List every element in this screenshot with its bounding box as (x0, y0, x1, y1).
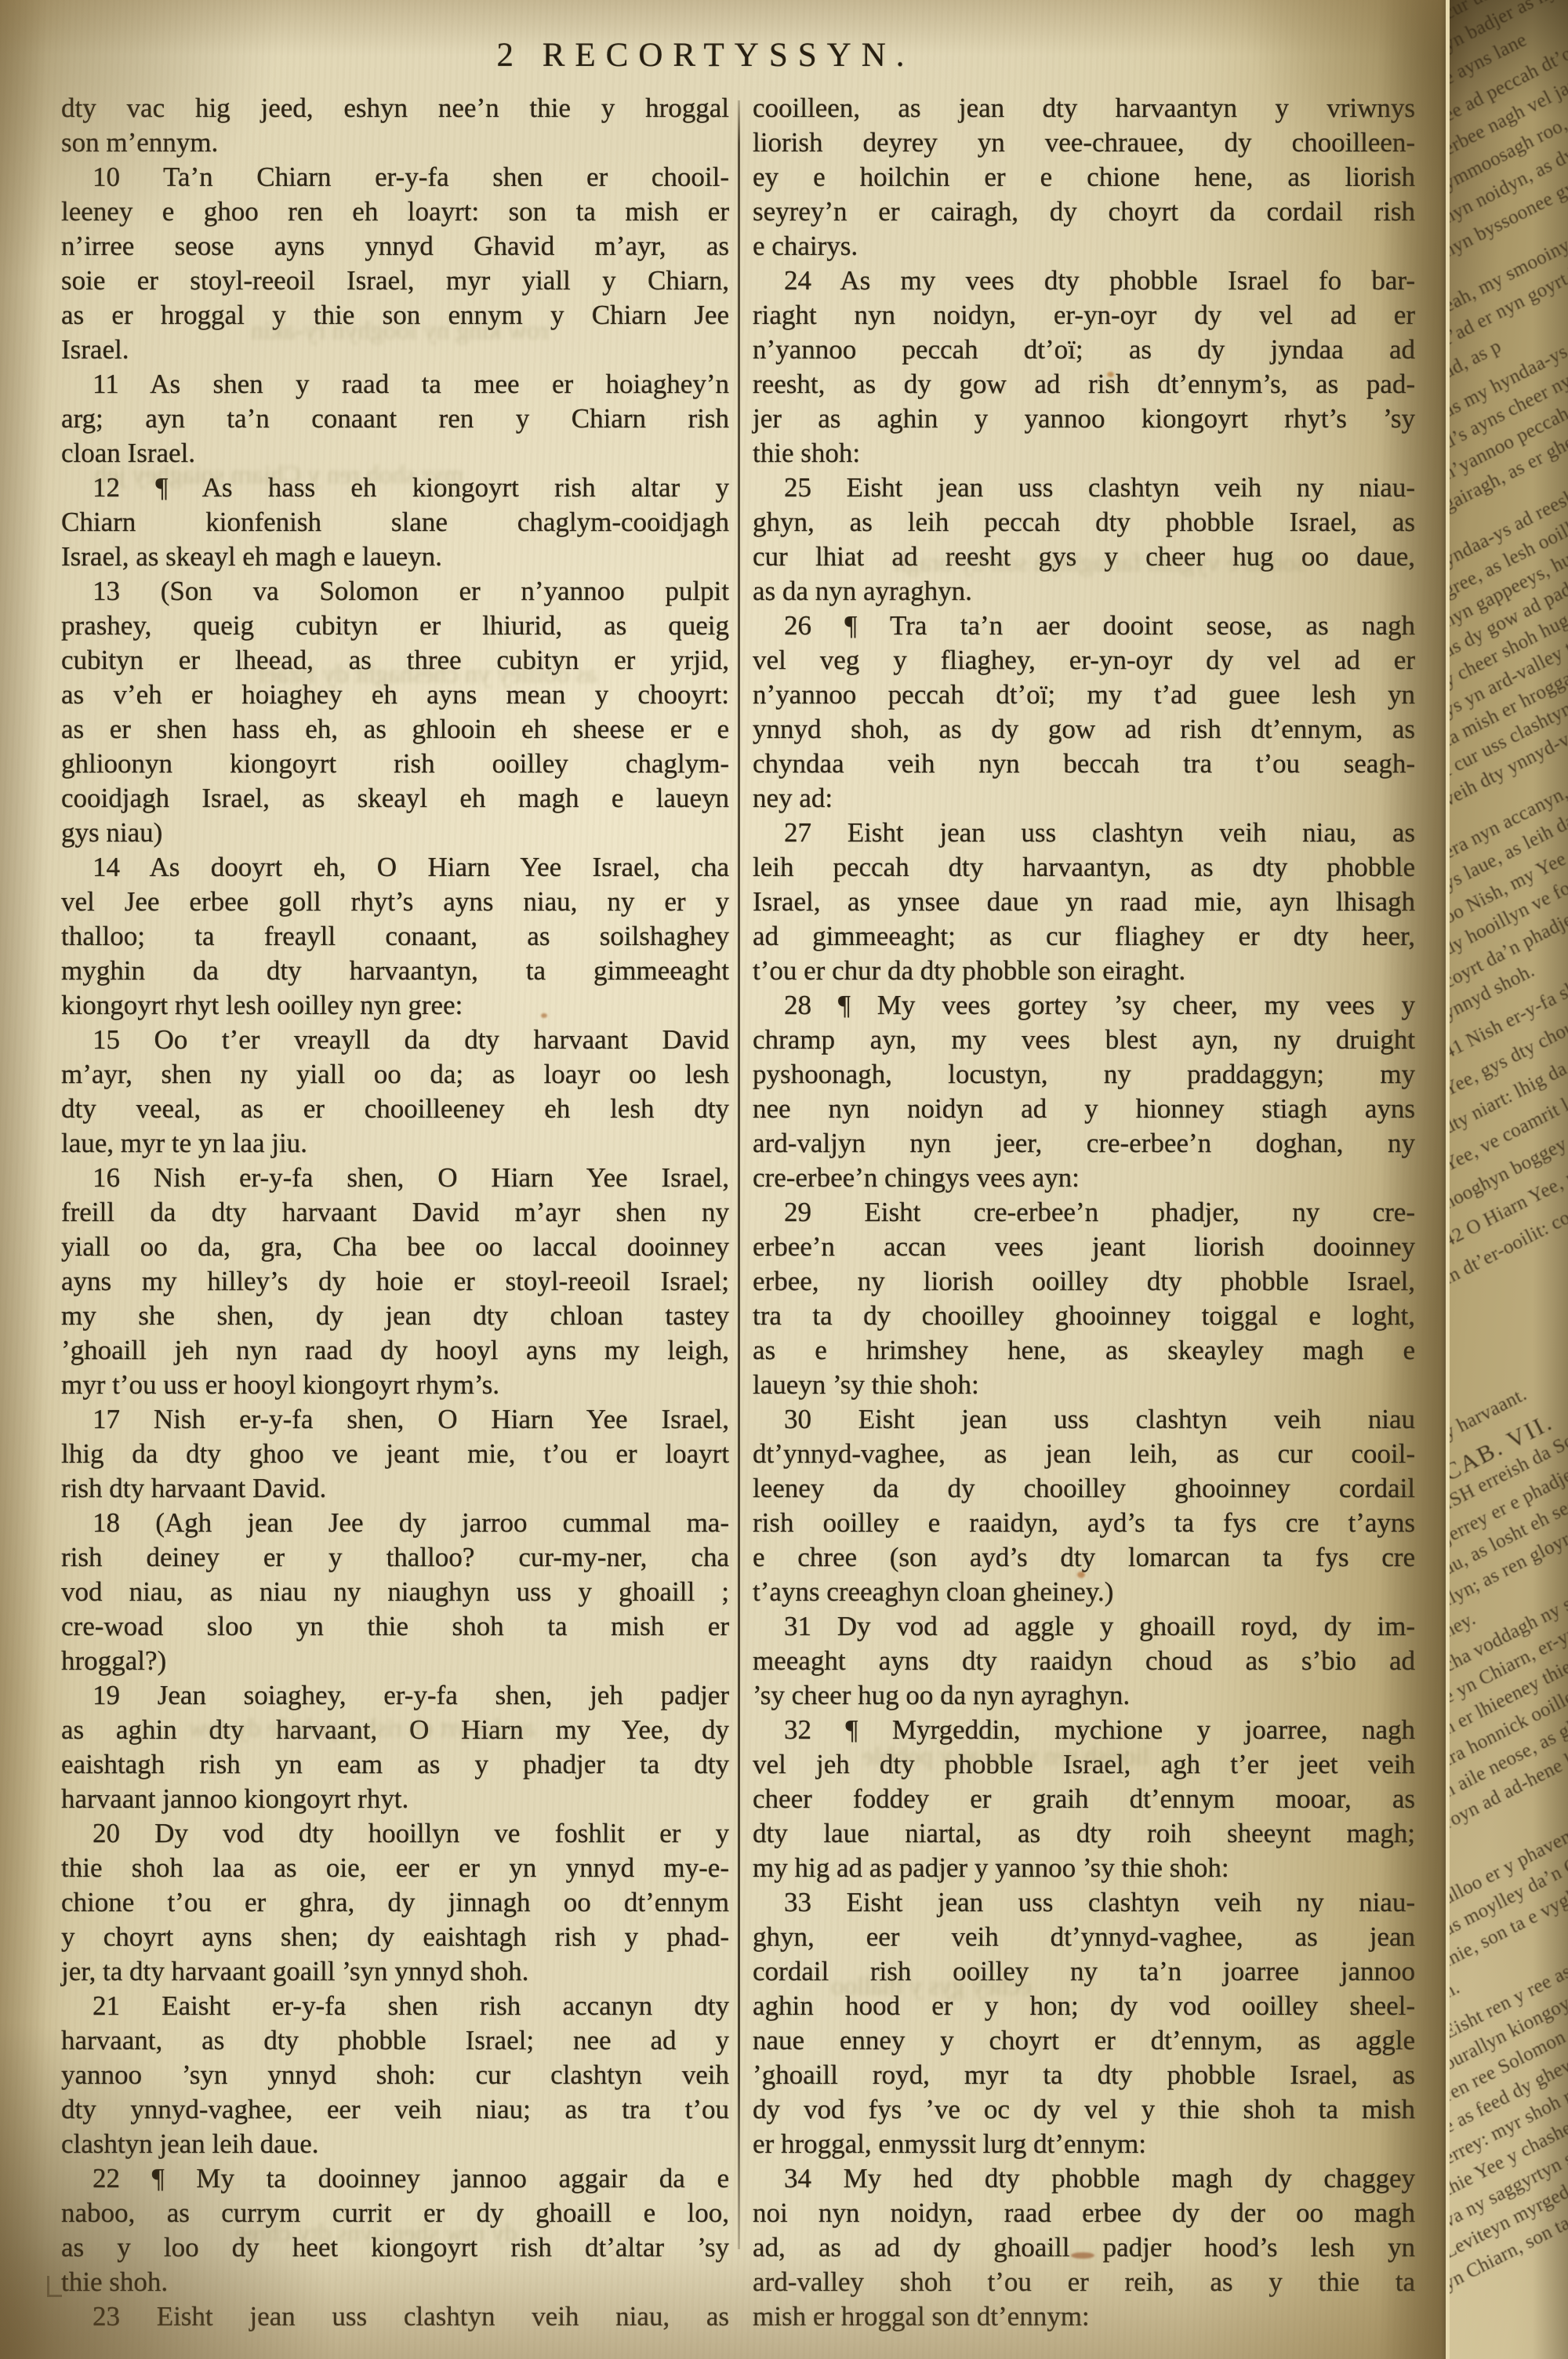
text-line: liorish deyrey yn vee-chrauee, dy chooil… (753, 125, 1415, 160)
text-line: 14 As dooyrt eh, O Hiarn Yee Israel, cha (61, 850, 729, 885)
ink-speck (541, 1013, 547, 1018)
ink-speck (1077, 1572, 1085, 1578)
text-line: m’ayr, shen ny yiall oo da; as loayr oo … (61, 1057, 729, 1092)
text-line: rish dty harvaant David. (61, 1471, 729, 1506)
adjacent-page-edge: cur ussyn badjer as nyn seose ayns lanee… (1446, 0, 1568, 2359)
text-line: 22 ¶ My ta dooinney jannoo aggair da e (61, 2161, 729, 2196)
text-line: Israel. (61, 333, 729, 367)
text-line: ghlioonyn kiongoyrt rish ooilley chaglym… (61, 747, 729, 781)
text-line: n’yannoo peccah dt’oï; my t’ad guee lesh… (753, 678, 1415, 712)
text-line: cooilleen, as jean dty harvaantyn y vriw… (753, 91, 1415, 125)
text-line: t’ou er chur da dty phobble son eiraght. (753, 954, 1415, 988)
left-column: dty vac hig jeed, eshyn nee’n thie y hro… (61, 91, 729, 2334)
text-line: ayns my hilley’s dy hoie er stoyl-reeoil… (61, 1264, 729, 1299)
text-line: riaght nyn noidyn, er-yn-oyr dy vel ad e… (753, 298, 1415, 333)
text-line: eaishtagh rish yn eam as y phadjer ta dt… (61, 1747, 729, 1782)
text-line: my hig ad as padjer y yannoo ’sy thie sh… (753, 1851, 1415, 1885)
text-line: myghin da dty harvaantyn, ta gimmeeaght (61, 954, 729, 988)
text-line: cre-woad sloo yn thie shoh ta mish er (61, 1609, 729, 1644)
text-line: dty laue niartal, as dty roih sheeynt ma… (753, 1816, 1415, 1851)
text-line: 15 Oo t’er vreayll da dty harvaant David (61, 1023, 729, 1057)
ink-speck (1071, 2252, 1094, 2259)
text-line: n’yannoo peccah dt’oï; as dy jyndaa ad (753, 333, 1415, 367)
text-line: seyrey’n er cairagh, dy choyrt da cordai… (753, 194, 1415, 229)
text-line: 26 ¶ Tra ta’n aer dooint seose, as nagh (753, 609, 1415, 643)
text-line: ad, as ad dy ghoaill padjer hood’s lesh … (753, 2230, 1415, 2265)
text-line: cubityn er lheead, as three cubityn er y… (61, 643, 729, 678)
text-line: erbee, ny liorish ooilley dty phobble Is… (753, 1264, 1415, 1299)
text-line: leeney da dy chooilley ghooinney cordail (753, 1471, 1415, 1506)
text-line: 11 As shen y raad ta mee er hoiaghey’n (61, 367, 729, 402)
text-line: 16 Nish er-y-fa shen, O Hiarn Yee Israel… (61, 1161, 729, 1195)
text-line: thie shoh: (753, 436, 1415, 471)
text-line: thie shoh laa as oie, eer er yn ynnyd my… (61, 1851, 729, 1885)
text-line: chramp ayn, my vees blest ayn, ny druigh… (753, 1023, 1415, 1057)
text-line: jer as aghin y yannoo kiongoyrt rhyt’s ’… (753, 402, 1415, 436)
text-line: leeney e ghoo ren eh loayrt: son ta mish… (61, 194, 729, 229)
text-line: dty vac hig jeed, eshyn nee’n thie y hro… (61, 91, 729, 125)
text-line: thalloo; ta freayll conaant, as soilshag… (61, 919, 729, 954)
text-line: aghin hood er y hon; dy vod ooilley shee… (753, 1989, 1415, 2023)
text-line: arg; ayn ta’n conaant ren y Chiarn rish (61, 402, 729, 436)
text-line: thie shoh. (61, 2265, 729, 2299)
text-line: e chree (son ayd’s dty lomarcan ta fys c… (753, 1540, 1415, 1575)
text-line: cheer foddey er graih dt’ennym mooar, as (753, 1782, 1415, 1816)
text-line: meeaght ayns dty raaidyn choud as s’bio … (753, 1644, 1415, 1678)
text-line: hroggal?) (61, 1644, 729, 1678)
text-line: ’ghoaill jeh nyn raad dy hooyl ayns my l… (61, 1333, 729, 1368)
text-line: clashtyn jean leih daue. (61, 2127, 729, 2161)
text-line: 32 ¶ Myrgeddin, mychione y joarree, nagh (753, 1713, 1415, 1747)
text-line: ney ad: (753, 781, 1415, 816)
text-line: 13 (Son va Solomon er n’yannoo pulpit (61, 574, 729, 609)
text-line: 20 Dy vod dty hooillyn ve foshlit er y (61, 1816, 729, 1851)
text-line: rish deiney er y thalloo? cur-my-ner, ch… (61, 1540, 729, 1575)
text-line: noi nyn noidyn, raad erbee dy der oo mag… (753, 2196, 1415, 2230)
text-line: 12 ¶ As hass eh kiongoyrt rish altar y (61, 471, 729, 505)
text-line: leih peccah dty harvaantyn, as dty phobb… (753, 850, 1415, 885)
text-line: dt’ynnyd-vaghee, as jean leih, as cur co… (753, 1437, 1415, 1471)
text-line: 18 (Agh jean Jee dy jarroo cummal ma- (61, 1506, 729, 1540)
running-head: 2 RECORTYSSYN. (0, 36, 1411, 75)
text-line: soie er stoyl-reeoil Israel, myr yiall y… (61, 264, 729, 298)
text-line: 10 Ta’n Chiarn er-y-fa shen er chooil- (61, 160, 729, 194)
text-line: harvaant, as dty phobble Israel; nee ad … (61, 2023, 729, 2058)
text-line: erbee’n accan vees jeant liorish dooinne… (753, 1230, 1415, 1264)
margin-pencil-mark (47, 2276, 62, 2297)
text-line: dty ynnyd-vaghee, eer veih niau; as tra … (61, 2092, 729, 2127)
text-line: yannoo ’syn ynnyd shoh: cur clashtyn vei… (61, 2058, 729, 2092)
text-line: chione t’ou er ghra, dy jinnagh oo dt’en… (61, 1885, 729, 1920)
text-line: ard-valley shoh t’ou er reih, as y thie … (753, 2265, 1415, 2299)
text-line: t’ayns creeaghyn cloan gheiney.) (753, 1575, 1415, 1609)
text-line: myr t’ou uss er hooyl kiongoyrt rhym’s. (61, 1368, 729, 1402)
text-line: cloan Israel. (61, 436, 729, 471)
text-line: vel Jee erbee goll rhyt’s ayns niau, ny … (61, 885, 729, 919)
text-line: 34 My hed dty phobble magh dy chaggey (753, 2161, 1415, 2196)
text-line: son m’ennym. (61, 125, 729, 160)
text-line: 28 ¶ My vees gortey ’sy cheer, my vees y (753, 988, 1415, 1023)
text-line: vel jeh dty phobble Israel, agh t’er jee… (753, 1747, 1415, 1782)
text-line: 33 Eisht jean uss clashtyn veih ny niau- (753, 1885, 1415, 1920)
text-line: Israel, as ynsee daue yn raad mie, ayn l… (753, 885, 1415, 919)
text-line: cur lhiat ad reesht gys y cheer hug oo d… (753, 540, 1415, 574)
text-line: Israel, as skeayl eh magh e laueyn. (61, 540, 729, 574)
text-line: 17 Nish er-y-fa shen, O Hiarn Yee Israel… (61, 1402, 729, 1437)
text-line: 27 Eisht jean uss clashtyn veih niau, as (753, 816, 1415, 850)
text-line: harvaant jannoo kiongoyrt rhyt. (61, 1782, 729, 1816)
text-line: reesht, as dy gow ad rish dt’ennym’s, as… (753, 367, 1415, 402)
text-line: kiongoyrt rhyt lesh ooilley nyn gree: (61, 988, 729, 1023)
text-line: dy vod fys ’ve oc dy vel y thie shoh ta … (753, 2092, 1415, 2127)
text-line: as v’eh er hoiaghey eh ayns mean y chooy… (61, 678, 729, 712)
text-line: er hroggal, enmyssit lurg dt’ennym: (753, 2127, 1415, 2161)
text-line: 30 Eisht jean uss clashtyn veih niau (753, 1402, 1415, 1437)
text-line: naboo, as currym currit er dy ghoaill e … (61, 2196, 729, 2230)
text-line: ’sy cheer hug oo da nyn ayraghyn. (753, 1678, 1415, 1713)
text-line: y choyrt ayns shen; dy eaishtagh rish y … (61, 1920, 729, 1954)
text-line: ghyn, eer veih dt’ynnyd-vaghee, as jean (753, 1920, 1415, 1954)
text-line: 25 Eisht jean uss clashtyn veih ny niau- (753, 471, 1415, 505)
text-line: ard-valjyn nyn jeer, cre-erbee’n doghan,… (753, 1126, 1415, 1161)
text-line: n’irree seose ayns ynnyd Ghavid m’ayr, a… (61, 229, 729, 264)
text-line: 21 Eaisht er-y-fa shen rish accanyn dty (61, 1989, 729, 2023)
text-line: mish er hroggal son dt’ennym: (753, 2299, 1415, 2334)
text-line: rish ooilley e raaidyn, ayd’s ta fys cre… (753, 1506, 1415, 1540)
text-line: e chairys. (753, 229, 1415, 264)
text-line: 29 Eisht cre-erbee’n phadjer, ny cre- (753, 1195, 1415, 1230)
text-line: lhig da dty ghoo ve jeant mie, t’ou er l… (61, 1437, 729, 1471)
text-line: prashey, queig cubityn er lhiurid, as qu… (61, 609, 729, 643)
text-line: as aghin dty harvaant, O Hiarn my Yee, d… (61, 1713, 729, 1747)
text-line: 24 As my vees dty phobble Israel fo bar- (753, 264, 1415, 298)
text-line: as er shen hass eh, as ghlooin eh sheese… (61, 712, 729, 747)
scanned-book-page: 2 RECORTYSSYN. dty vac hig jeed, eshyn n… (0, 0, 1568, 2359)
text-line: vod niau, as niau ny niaughyn uss y ghoa… (61, 1575, 729, 1609)
right-column: cooilleen, as jean dty harvaantyn y vriw… (753, 91, 1415, 2334)
text-line: as e hrimshey hene, as skeayley magh e (753, 1333, 1415, 1368)
text-line: laue, myr te yn laa jiu. (61, 1126, 729, 1161)
text-line: 23 Eisht jean uss clashtyn veih niau, as (61, 2299, 729, 2334)
text-line: nee nyn noidyn ad y hionney stiagh ayns (753, 1092, 1415, 1126)
text-line: ey e hoilchin er e chione hene, as liori… (753, 160, 1415, 194)
text-line: naue enney y choyrt er dt’ennym, as aggl… (753, 2023, 1415, 2058)
text-line: tra ta dy chooilley ghooinney toiggal e … (753, 1299, 1415, 1333)
text-line: cre-erbee’n chingys vees ayn: (753, 1161, 1415, 1195)
text-line: 31 Dy vod ad aggle y ghoaill royd, dy im… (753, 1609, 1415, 1644)
text-line: ynnyd shoh, as dy gow ad rish dt’ennym, … (753, 712, 1415, 747)
text-line: ’ghoaill royd, myr ta dty phobble Israel… (753, 2058, 1415, 2092)
text-line: vel veg y fliaghey, er-yn-oyr dy vel ad … (753, 643, 1415, 678)
text-line: ghyn, as leih peccah dty phobble Israel,… (753, 505, 1415, 540)
text-line: jer, ta dty harvaant goaill ’syn ynnyd s… (61, 1954, 729, 1989)
text-line: cordail rish ooilley ny ta’n joarree jan… (753, 1954, 1415, 1989)
text-line: chyndaa veih nyn beccah tra t’ou seagh- (753, 747, 1415, 781)
text-line: pyshoonagh, locustyn, ny praddaggyn; my (753, 1057, 1415, 1092)
text-line: cooidjagh Israel, as skeayl eh magh e la… (61, 781, 729, 816)
text-line: freill da dty harvaant David m’ayr shen … (61, 1195, 729, 1230)
text-line: ad gimmeeaght; as cur fliaghey er dty he… (753, 919, 1415, 954)
running-head-text: 2 RECORTYSSYN. (496, 37, 914, 74)
text-line: 19 Jean soiaghey, er-y-fa shen, jeh padj… (61, 1678, 729, 1713)
text-line: dty veeal, as er chooilleeney eh lesh dt… (61, 1092, 729, 1126)
ink-speck (1107, 372, 1114, 377)
text-line: my she shen, dy jean dty chloan tastey (61, 1299, 729, 1333)
text-line: as er hroggal y thie son ennym y Chiarn … (61, 298, 729, 333)
column-divider-rule (738, 100, 740, 2249)
text-line: laueyn ’sy thie shoh: (753, 1368, 1415, 1402)
text-line: as y loo dy heet kiongoyrt rish dt’altar… (61, 2230, 729, 2265)
text-line: yiall oo da, gra, Cha bee oo laccal dooi… (61, 1230, 729, 1264)
text-line: Chiarn kionfenish slane chaglym-cooidjag… (61, 505, 729, 540)
left-page-paper: 2 RECORTYSSYN. dty vac hig jeed, eshyn n… (0, 0, 1446, 2359)
text-line: gys niau) (61, 816, 729, 850)
text-line: as da nyn ayraghyn. (753, 574, 1415, 609)
